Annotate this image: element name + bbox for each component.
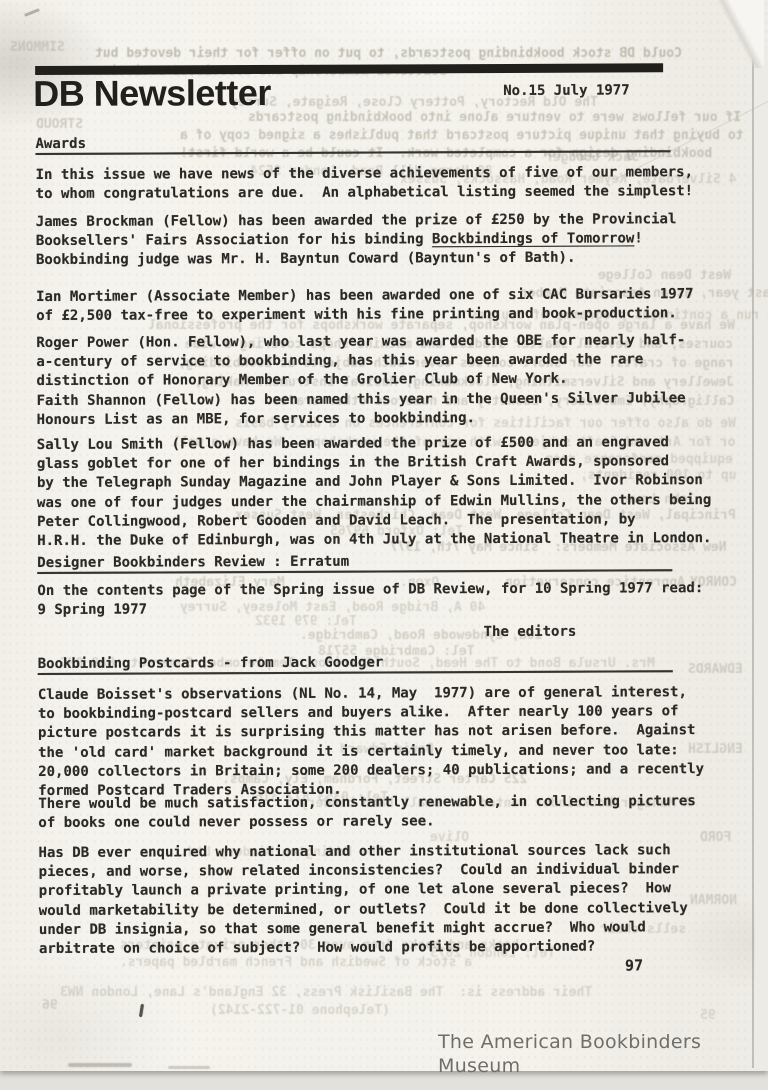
postcards-paragraph-1: Claude Boisset's observations (NL No. 14… (38, 683, 704, 801)
erratum-paragraph: On the contents page of the Spring issue… (37, 579, 703, 620)
heading-rule (35, 150, 670, 155)
museum-watermark: The American Bookbinders Museum (438, 1030, 768, 1078)
section-heading-awards: Awards (35, 135, 86, 154)
issue-number: No.15 July 1977 (503, 81, 630, 101)
page-number: 97 (625, 956, 643, 975)
awards-mortimer-paragraph: Ian Mortimer (Associate Member) has been… (36, 285, 694, 326)
awards-smith-paragraph: Sally Lou Smith (Fellow) has been awarde… (37, 433, 712, 551)
newsletter-title: DB Newsletter (33, 73, 271, 114)
awards-shannon-paragraph: Faith Shannon (Fellow) has been named th… (37, 389, 686, 430)
postcards-paragraph-3: Has DB ever enquired why national and ot… (39, 841, 689, 959)
awards-intro-paragraph: In this issue we have news of the divers… (36, 163, 694, 204)
typed-content-layer: DB Newsletter No.15 July 1977 Awards In … (0, 0, 768, 1090)
scanned-newsletter-page: SIMMONSCould DB stock bookbinding postca… (0, 0, 768, 1090)
awards-brockman-paragraph: James Brockman (Fellow) has been awarded… (36, 210, 677, 270)
postcards-paragraph-2: There would be much satisfaction, consta… (38, 792, 696, 833)
erratum-signoff: The editors (484, 623, 577, 643)
awards-power-paragraph: Roger Power (Hon. Fellow), who last year… (36, 331, 685, 391)
brockman-binding-title: Bockbindings of Tomorrow (432, 231, 634, 248)
